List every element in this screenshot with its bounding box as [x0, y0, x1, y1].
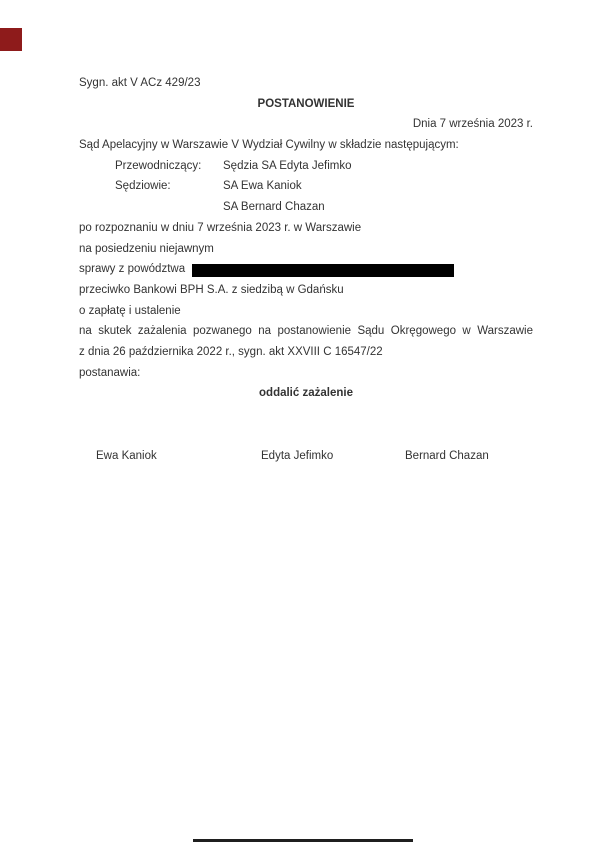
defendant-line: przeciwko Bankowi BPH S.A. z siedzibą w …: [79, 280, 533, 301]
presiding-line: Przewodniczący: Sędzia SA Edyta Jefimko: [79, 156, 533, 177]
signature-bernard-chazan: Bernard Chazan: [405, 446, 489, 467]
signatures-row: Ewa Kaniok Edyta Jefimko Bernard Chazan: [79, 446, 533, 467]
hearing-line: po rozpoznaniu w dniu 7 września 2023 r.…: [79, 218, 533, 239]
judges-line: Sędziowie: SA Ewa Kaniok: [79, 176, 533, 197]
date-line: Dnia 7 września 2023 r.: [79, 114, 533, 135]
judge-2: SA Ewa Kaniok: [223, 176, 302, 197]
subject-line: o zapłatę i ustalenie: [79, 301, 533, 322]
claim-line: sprawy z powództwa: [79, 259, 533, 280]
document-title: POSTANOWIENIE: [79, 94, 533, 115]
appeal-line: na skutek zażalenia pozwanego na postano…: [79, 321, 533, 342]
judges-label: Sędziowie:: [115, 180, 171, 192]
judge-3-line: SA Bernard Chazan: [79, 197, 533, 218]
presiding-label: Przewodniczący:: [115, 160, 201, 172]
appeal-line-2: z dnia 26 października 2022 r., sygn. ak…: [79, 342, 533, 363]
signature-ewa-kaniok: Ewa Kaniok: [96, 446, 157, 467]
ruling-line: oddalić zażalenie: [79, 383, 533, 404]
red-corner-mark: [0, 28, 22, 51]
session-line: na posiedzeniu niejawnym: [79, 239, 533, 260]
document-page: Sygn. akt V ACz 429/23 POSTANOWIENIE Dni…: [0, 0, 605, 844]
court-line: Sąd Apelacyjny w Warszawie V Wydział Cyw…: [79, 135, 533, 156]
claim-line-prefix: sprawy z powództwa: [79, 263, 185, 275]
decides-line: postanawia:: [79, 363, 533, 384]
document-content: Sygn. akt V ACz 429/23 POSTANOWIENIE Dni…: [79, 73, 533, 467]
case-number: Sygn. akt V ACz 429/23: [79, 73, 533, 94]
redaction-bar-bottom: [193, 839, 413, 842]
judge-3: SA Bernard Chazan: [223, 197, 325, 218]
redaction-bar-plaintiff: [192, 264, 454, 277]
signature-edyta-jefimko: Edyta Jefimko: [261, 446, 333, 467]
presiding-judge: Sędzia SA Edyta Jefimko: [223, 156, 351, 177]
